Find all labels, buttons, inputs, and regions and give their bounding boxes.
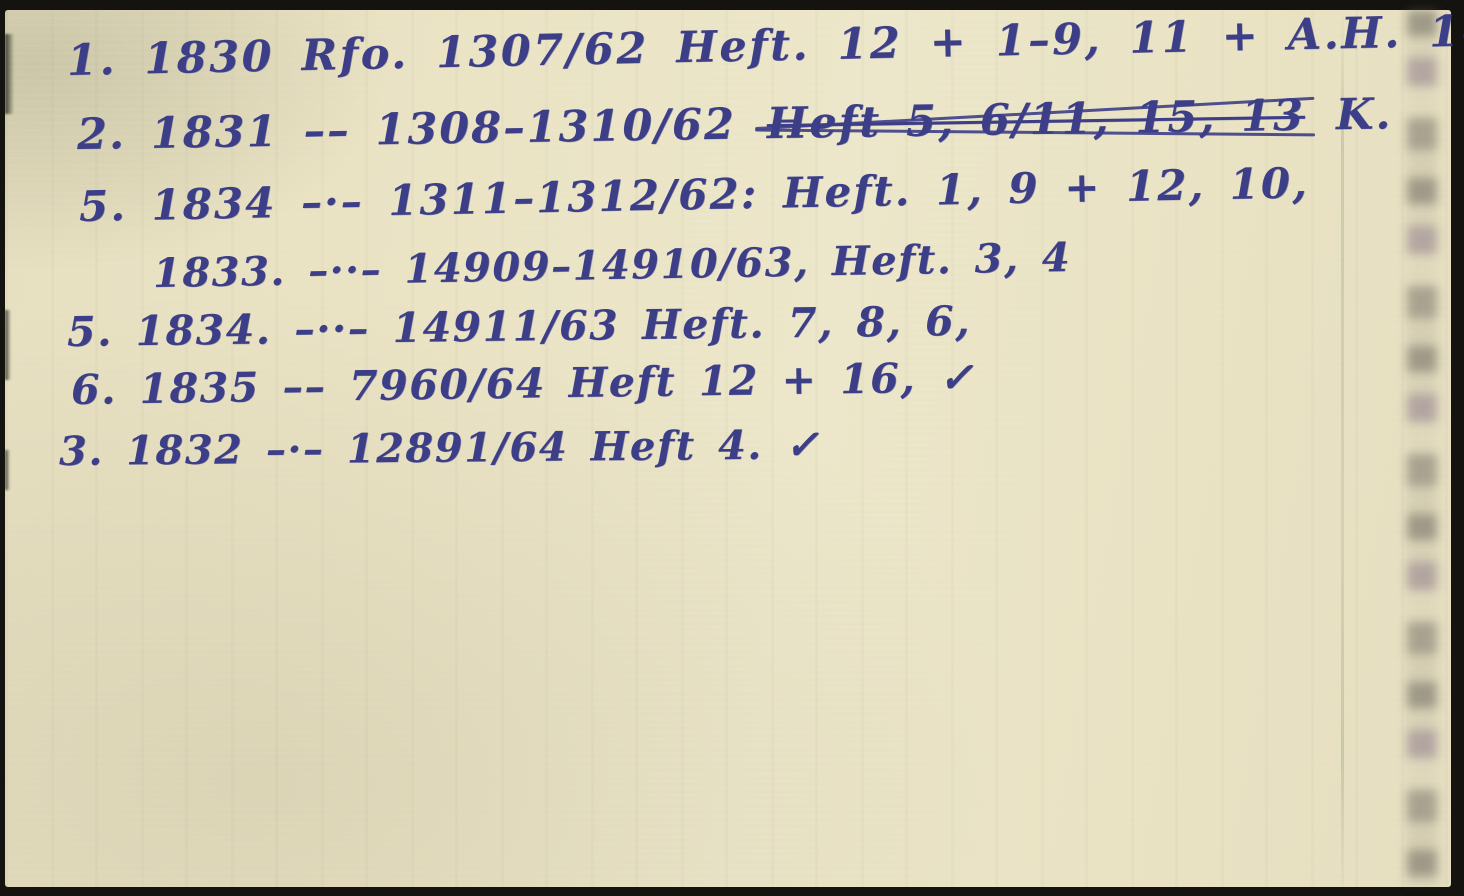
entry-line-2: 2. 1831 –– 1308–1310/62 Heft 5, 6/11, 15… bbox=[77, 89, 1393, 160]
index-card: 1. 1830 Rfo. 1307/62 Heft. 12 + 1–9, 11 … bbox=[5, 10, 1451, 887]
entry-line-2-text: 2. 1831 –– 1308–1310/62 bbox=[77, 100, 737, 160]
paper-crease bbox=[1341, 10, 1344, 887]
edge-shadow bbox=[5, 310, 11, 380]
entry-line-4: 1833. –··– 14909–14910/63, Heft. 3, 4 bbox=[153, 234, 1072, 297]
entry-line-1: 1. 1830 Rfo. 1307/62 Heft. 12 + 1–9, 11 … bbox=[66, 2, 1464, 86]
scanned-card-page: 1. 1830 Rfo. 1307/62 Heft. 12 + 1–9, 11 … bbox=[0, 0, 1464, 896]
entry-line-5: 5. 1834. –··– 14911/63 Heft. 7, 8, 6, bbox=[67, 297, 971, 356]
entry-line-7: 3. 1832 –·– 12891/64 Heft 4. ✓ bbox=[59, 421, 821, 475]
entry-line-3: 5. 1834 –·– 1311–1312/62: Heft. 1, 9 + 1… bbox=[79, 158, 1310, 231]
edge-shadow bbox=[5, 450, 10, 490]
ink-smudge-strip bbox=[1407, 10, 1437, 887]
edge-shadow bbox=[5, 34, 14, 114]
entry-line-6: 6. 1835 –– 7960/64 Heft 12 + 16, ✓ bbox=[71, 353, 975, 414]
entry-line-2-mark: K. bbox=[1336, 89, 1393, 140]
entry-line-2-crossed-out: Heft 5, 6/11, 15, 13 bbox=[760, 91, 1311, 150]
